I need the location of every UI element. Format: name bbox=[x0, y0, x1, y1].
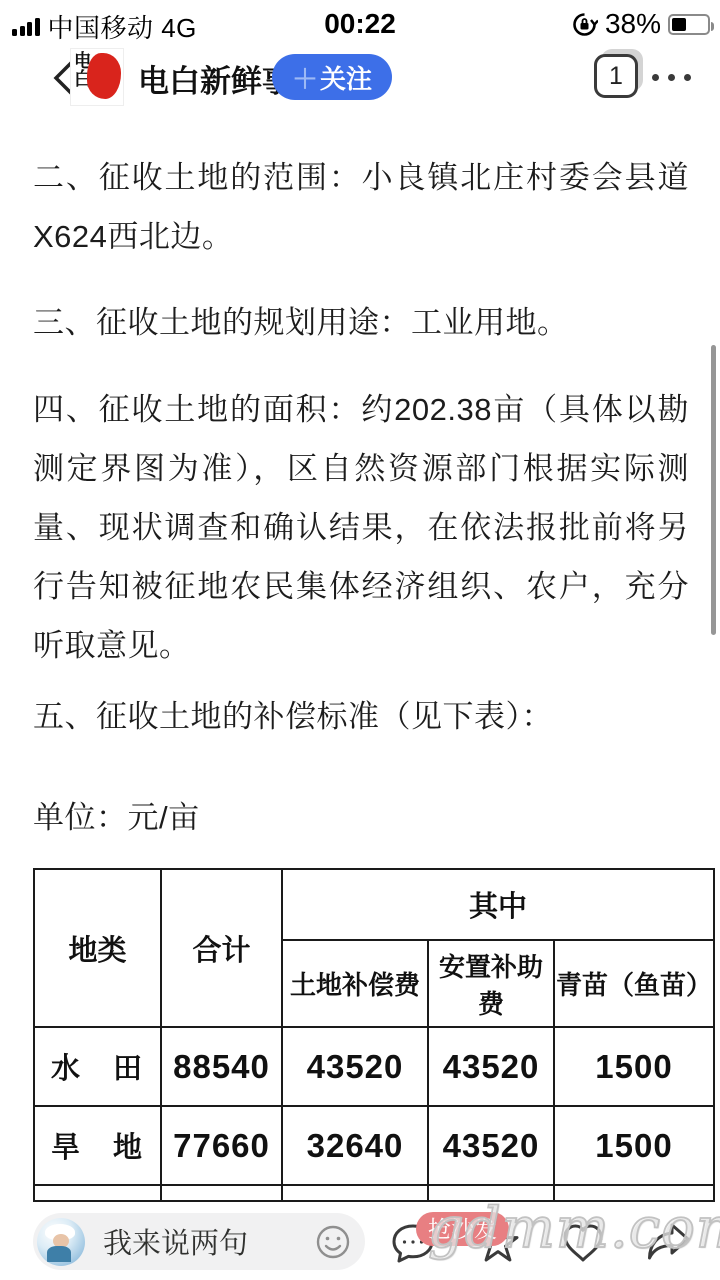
col-header-resettle: 安置补助费 bbox=[428, 940, 554, 1027]
compensation-table: 地类 合计 其中 土地补偿费 安置补助费 青苗（鱼苗） 水 田 88540 43… bbox=[33, 868, 715, 1204]
cell-land-comp: 32640 bbox=[282, 1106, 428, 1185]
orientation-lock-icon bbox=[571, 11, 598, 38]
paragraph-scope: 二、征收土地的范围：小良镇北庄村委会县道X624西北边。 bbox=[33, 148, 689, 266]
col-header-land-type: 地类 bbox=[34, 869, 161, 1027]
share-button[interactable] bbox=[644, 1219, 692, 1267]
follow-button[interactable]: ＋ 关注 bbox=[272, 54, 392, 100]
col-header-land-comp: 土地补偿费 bbox=[282, 940, 428, 1027]
smiley-icon[interactable] bbox=[315, 1224, 351, 1260]
cell-land-type: 旱 地 bbox=[34, 1106, 161, 1185]
user-avatar bbox=[37, 1218, 85, 1266]
table-row: 水 田 88540 43520 43520 1500 bbox=[34, 1027, 714, 1106]
article-header: 电白 电白新鲜事 ＋ 关注 1 bbox=[0, 44, 720, 110]
comments-button[interactable]: 抢沙发 bbox=[389, 1219, 437, 1267]
more-menu-button[interactable] bbox=[652, 74, 691, 81]
battery-icon bbox=[668, 14, 710, 35]
cell-crops: 1500 bbox=[554, 1106, 714, 1185]
heart-icon bbox=[559, 1219, 607, 1267]
comment-bar: 我来说两句 抢沙发 bbox=[0, 1204, 720, 1280]
logo-red-seal bbox=[87, 53, 121, 99]
paragraph-compensation: 五、征收土地的补偿标准（见下表）： bbox=[33, 687, 689, 746]
col-header-total: 合计 bbox=[161, 869, 282, 1027]
status-bar: 中国移动 4G 00:22 38% bbox=[0, 0, 720, 44]
paragraph-planned-use: 三、征收土地的规划用途：工业用地。 bbox=[33, 293, 689, 352]
cell-resettle: 43520 bbox=[428, 1027, 554, 1106]
follow-label: 关注 bbox=[320, 59, 372, 96]
first-comment-badge: 抢沙发 bbox=[416, 1212, 509, 1246]
cell-land-type: 水 田 bbox=[34, 1027, 161, 1106]
scrollbar-thumb[interactable] bbox=[711, 345, 716, 635]
cell-total: 88540 bbox=[161, 1027, 282, 1106]
tab-count: 1 bbox=[594, 54, 638, 98]
table-row-partial bbox=[34, 1185, 714, 1201]
table-row: 旱 地 77660 32640 43520 1500 bbox=[34, 1106, 714, 1185]
comment-placeholder: 我来说两句 bbox=[103, 1221, 315, 1262]
share-icon bbox=[644, 1219, 692, 1267]
publisher-avatar[interactable]: 电白 bbox=[70, 48, 124, 106]
cell-resettle: 43520 bbox=[428, 1106, 554, 1185]
like-button[interactable] bbox=[559, 1219, 607, 1267]
paragraph-area: 四、征收土地的面积：约202.38亩（具体以勘测定界图为准），区自然资源部门根据… bbox=[33, 380, 689, 675]
cell-land-comp: 43520 bbox=[282, 1027, 428, 1106]
plus-icon: ＋ bbox=[292, 59, 318, 96]
comment-input[interactable]: 我来说两句 bbox=[33, 1213, 365, 1270]
cell-total: 77660 bbox=[161, 1106, 282, 1185]
col-header-breakdown: 其中 bbox=[282, 869, 714, 940]
unit-label: 单位：元/亩 bbox=[33, 788, 689, 847]
publisher-name[interactable]: 电白新鲜事 bbox=[138, 56, 293, 101]
col-header-crops: 青苗（鱼苗） bbox=[554, 940, 714, 1027]
cell-crops: 1500 bbox=[554, 1027, 714, 1106]
open-tabs-button[interactable]: 1 bbox=[594, 52, 644, 102]
battery-percent: 38% bbox=[605, 8, 661, 40]
screen: 中国移动 4G 00:22 38% 电白 电白新鲜事 ＋ 关注 bbox=[0, 0, 720, 1280]
